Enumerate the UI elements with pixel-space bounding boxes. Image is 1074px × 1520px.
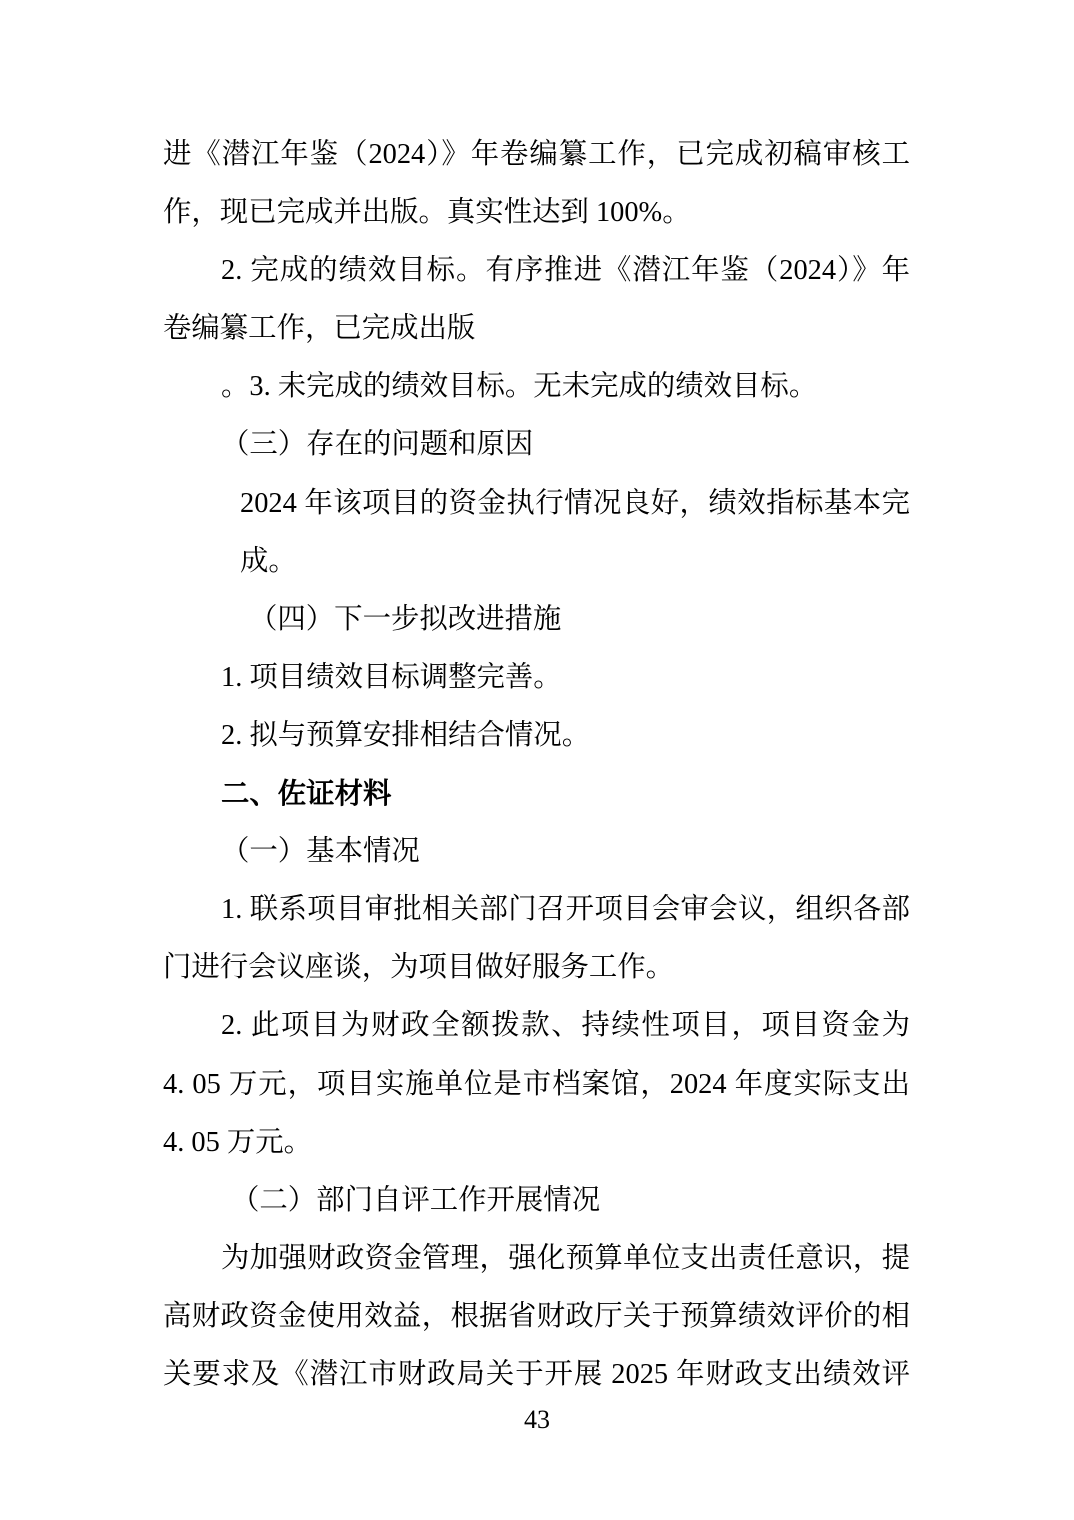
section-heading-measures: （四）下一步拟改进措施 <box>163 591 910 649</box>
text-line: 门进行会议座谈，为项目做好服务工作。 <box>163 939 910 997</box>
text-line: 进《潜江年鉴（2024）》年卷编纂工作，已完成初稿审核工 <box>163 126 910 184</box>
text-line: 2024 年该项目的资金执行情况良好，绩效指标基本完 <box>163 475 910 533</box>
text-line: 成。 <box>163 533 910 591</box>
section-heading-problems: （三）存在的问题和原因 <box>163 416 910 474</box>
text-line: 1. 联系项目审批相关部门召开项目会审会议，组织各部 <box>163 881 910 939</box>
sub-heading-basic-info: （一）基本情况 <box>163 823 910 881</box>
sub-heading-self-eval: （二）部门自评工作开展情况 <box>163 1172 910 1230</box>
text-line: 2. 此项目为财政全额拨款、持续性项目，项目资金为 <box>163 997 910 1055</box>
text-line: 卷编纂工作，已完成出版 <box>163 300 910 358</box>
text-line: 4. 05 万元。 <box>163 1114 910 1172</box>
text-line: 为加强财政资金管理，强化预算单位支出责任意识，提 <box>163 1230 910 1288</box>
text-line: 高财政资金使用效益，根据省财政厅关于预算绩效评价的相 <box>163 1288 910 1346</box>
page-number: 43 <box>0 1404 1074 1436</box>
list-item: 2. 拟与预算安排相结合情况。 <box>163 707 910 765</box>
text-line: 2. 完成的绩效目标。有序推进《潜江年鉴（2024）》年 <box>163 242 910 300</box>
document-page: 进《潜江年鉴（2024）》年卷编纂工作，已完成初稿审核工 作，现已完成并出版。真… <box>0 0 1074 1520</box>
text-line: 作，现已完成并出版。真实性达到 100%。 <box>163 184 910 242</box>
text-line: 。3. 未完成的绩效目标。无未完成的绩效目标。 <box>163 358 910 416</box>
main-heading-evidence: 二、佐证材料 <box>163 765 910 823</box>
list-item: 1. 项目绩效目标调整完善。 <box>163 649 910 707</box>
document-body: 进《潜江年鉴（2024）》年卷编纂工作，已完成初稿审核工 作，现已完成并出版。真… <box>163 126 910 1404</box>
text-line: 关要求及《潜江市财政局关于开展 2025 年财政支出绩效评 <box>163 1346 910 1404</box>
text-line: 4. 05 万元，项目实施单位是市档案馆，2024 年度实际支出 <box>163 1056 910 1114</box>
